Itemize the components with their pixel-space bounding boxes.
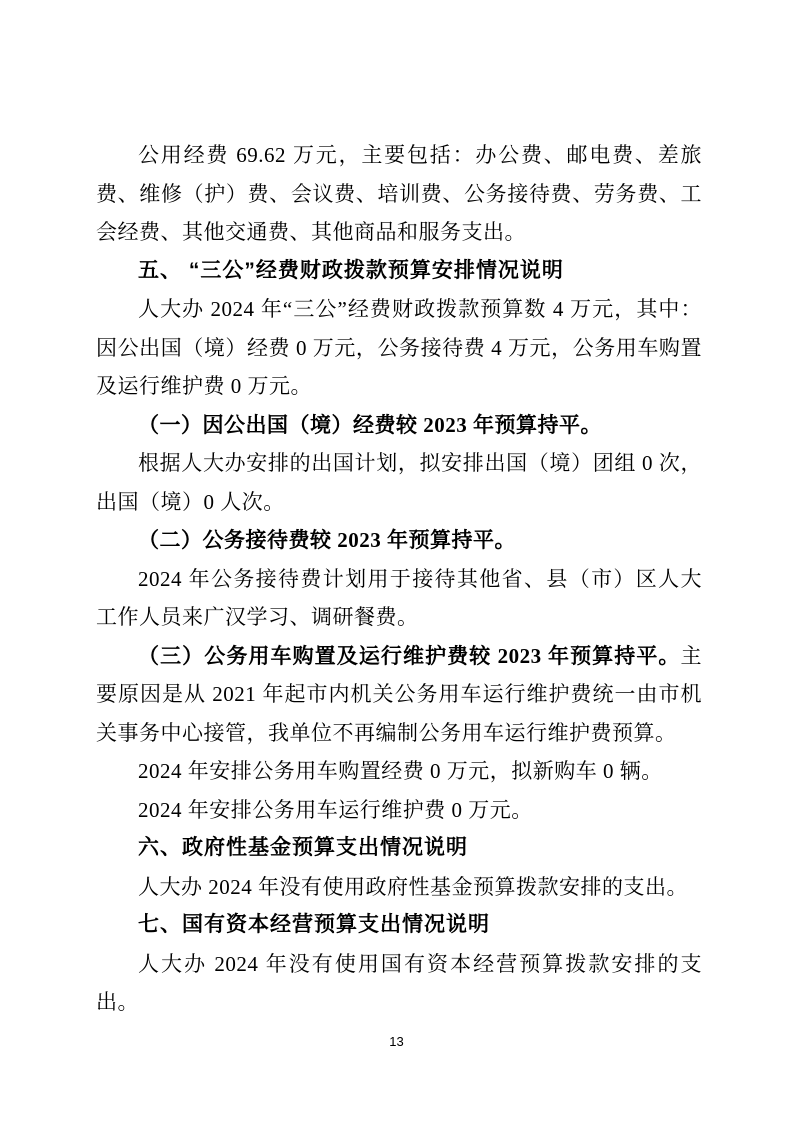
subheading-abroad-expense: （一）因公出国（境）经费较 2023 年预算持平。 [96, 406, 702, 445]
page-number: 13 [0, 1034, 793, 1049]
heading-section-six: 六、政府性基金预算支出情况说明 [96, 829, 702, 868]
paragraph-vehicle-maintenance: 2024 年安排公务用车运行维护费 0 万元。 [96, 791, 702, 830]
document-page: 公用经费 69.62 万元，主要包括：办公费、邮电费、差旅费、维修（护）费、会议… [0, 0, 793, 1122]
heading-section-five: 五、 “三公”经费财政拨款预算安排情况说明 [96, 252, 702, 291]
subheading-reception-expense: （二）公务接待费较 2023 年预算持平。 [96, 521, 702, 560]
paragraph-vehicle-purchase: 2024 年安排公务用车购置经费 0 万元，拟新购车 0 辆。 [96, 752, 702, 791]
paragraph-three-public-budget: 人大办 2024 年“三公”经费财政拨款预算数 4 万元，其中：因公出国（境）经… [96, 290, 702, 406]
paragraph-public-funds: 公用经费 69.62 万元，主要包括：办公费、邮电费、差旅费、维修（护）费、会议… [96, 136, 702, 252]
paragraph-state-capital: 人大办 2024 年没有使用国有资本经营预算拨款安排的支出。 [96, 945, 702, 1022]
heading-section-seven: 七、国有资本经营预算支出情况说明 [96, 906, 702, 945]
subheading-vehicle-expense: （三）公务用车购置及运行维护费较 2023 年预算持平。 [138, 644, 681, 668]
paragraph-reception-plan: 2024 年公务接待费计划用于接待其他省、县（市）区人大工作人员来广汉学习、调研… [96, 560, 702, 637]
document-body: 公用经费 69.62 万元，主要包括：办公费、邮电费、差旅费、维修（护）费、会议… [96, 136, 702, 1022]
paragraph-vehicle-expense: （三）公务用车购置及运行维护费较 2023 年预算持平。主要原因是从 2021 … [96, 637, 702, 753]
paragraph-government-fund: 人大办 2024 年没有使用政府性基金预算拨款安排的支出。 [96, 868, 702, 907]
paragraph-abroad-plan: 根据人大办安排的出国计划，拟安排出国（境）团组 0 次，出国（境）0 人次。 [96, 444, 702, 521]
